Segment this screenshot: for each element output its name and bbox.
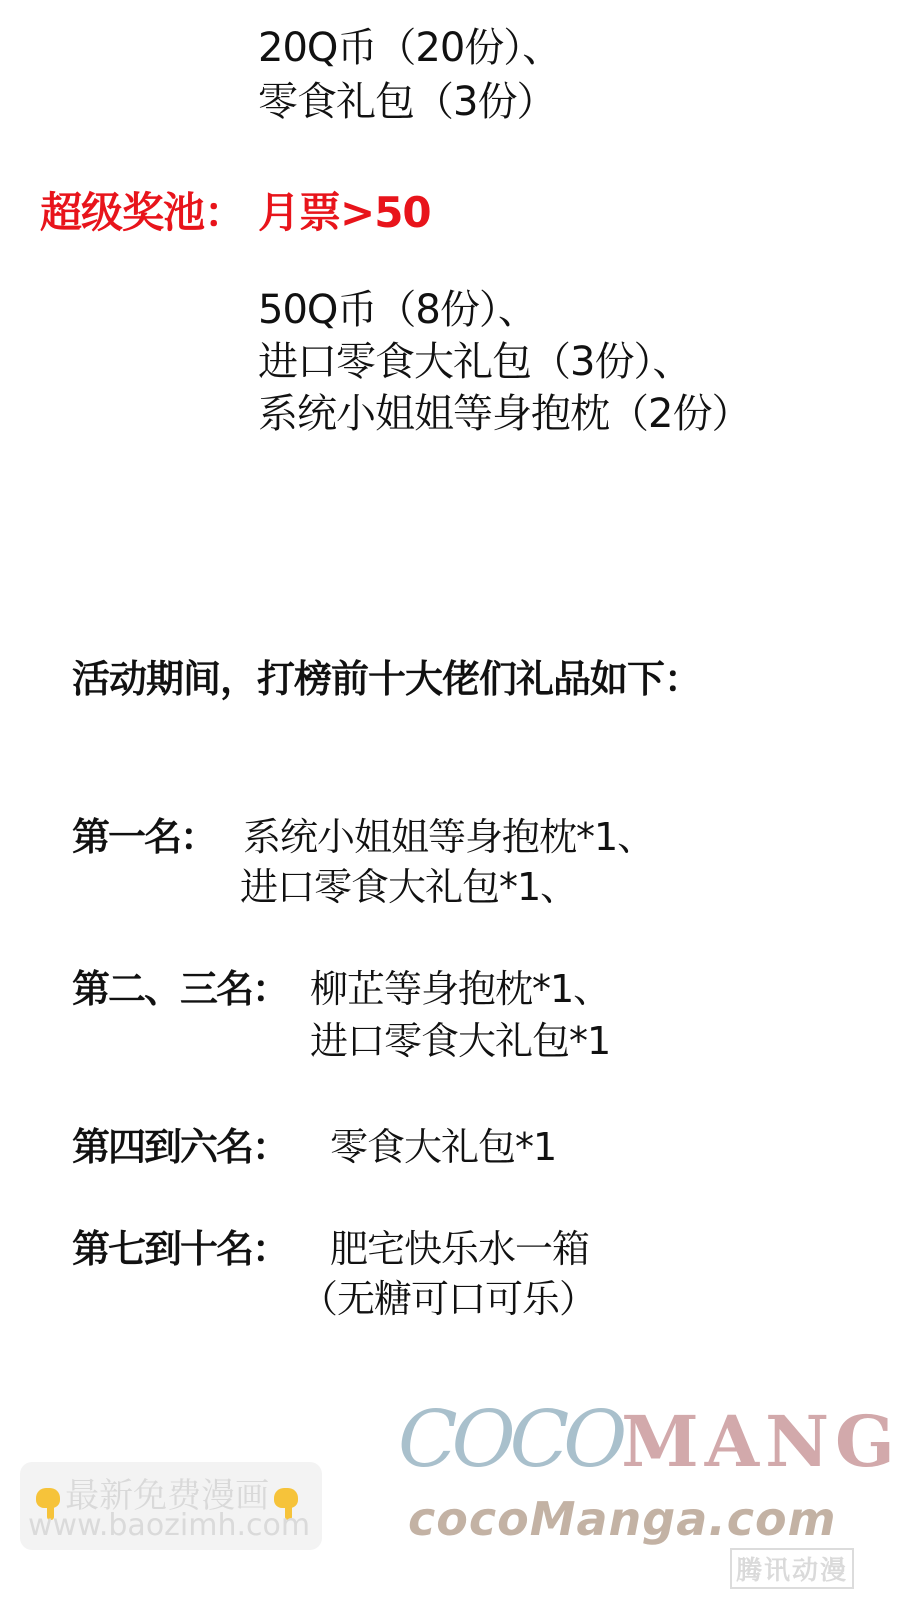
rank-prize: （无糖可口可乐） bbox=[300, 1268, 596, 1323]
prize-item: 20Q币（20份）、 bbox=[258, 22, 561, 74]
super-prize-item: 50Q币（8份）、 bbox=[258, 284, 537, 336]
logo-coco: COCO bbox=[398, 1395, 621, 1485]
rank-prize: 零食大礼包*1 bbox=[330, 1116, 556, 1171]
baozi-url: www.baozimh.com bbox=[28, 1508, 310, 1543]
logo-manga: MANGA bbox=[621, 1400, 900, 1483]
rank-prize: 进口零食大礼包*1 bbox=[310, 1010, 610, 1065]
top-ten-heading: 活动期间，打榜前十大佬们礼品如下： bbox=[72, 648, 701, 703]
super-prize-item: 进口零食大礼包（3份）、 bbox=[258, 336, 691, 388]
super-pool-label: 超级奖池： bbox=[40, 180, 245, 240]
super-prize-item: 系统小姐姐等身抱枕（2份） bbox=[258, 388, 750, 440]
rank-prize: 进口零食大礼包*1、 bbox=[240, 856, 577, 911]
rank-prize: 系统小姐姐等身抱枕*1、 bbox=[243, 806, 654, 861]
prize-item: 零食礼包（3份） bbox=[258, 76, 555, 128]
rank-label: 第四到六名： bbox=[72, 1116, 288, 1171]
cocomanga-url: cocoManga.com bbox=[408, 1492, 837, 1546]
rank-label: 第一名： bbox=[72, 806, 216, 861]
super-pool-condition: 月票>50 bbox=[258, 180, 431, 240]
rank-prize: 肥宅快乐水一箱 bbox=[330, 1218, 589, 1273]
tencent-watermark: 腾讯动漫 bbox=[730, 1548, 854, 1589]
rank-label: 第七到十名： bbox=[72, 1218, 288, 1273]
rank-label: 第二、三名： bbox=[72, 958, 288, 1013]
cocomanga-logo: COCOMANGA bbox=[398, 1395, 900, 1485]
baozi-watermark: 最新免费漫画 www.baozimh.com bbox=[20, 1462, 322, 1550]
rank-prize: 柳芷等身抱枕*1、 bbox=[310, 958, 610, 1013]
